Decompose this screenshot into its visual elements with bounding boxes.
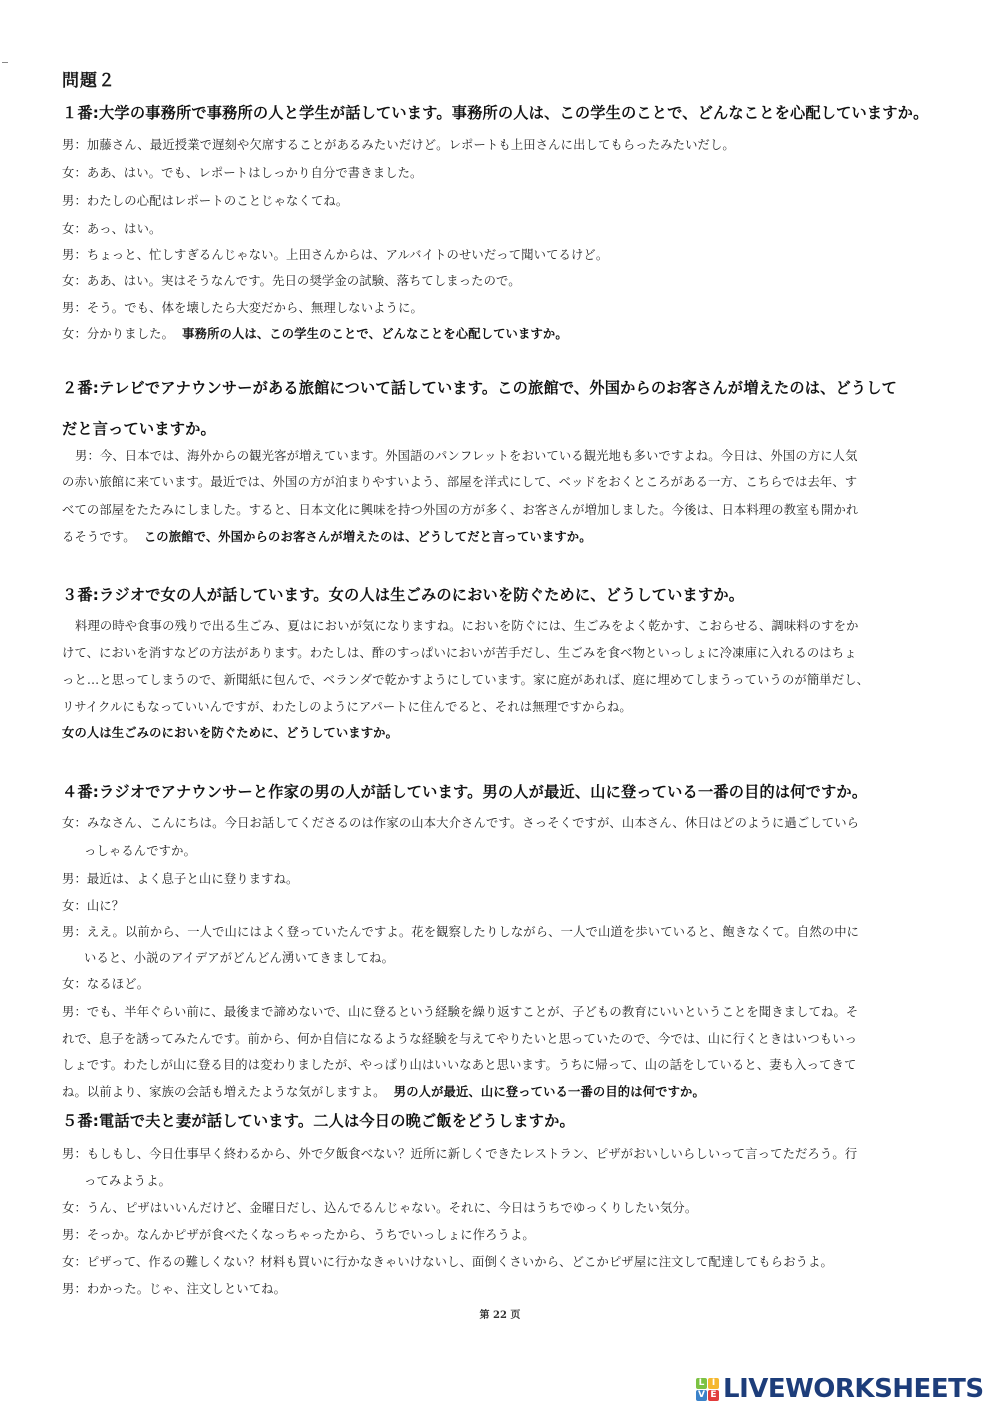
speaker-label: 男：: [62, 1228, 87, 1242]
section-title: 問題２: [62, 66, 116, 91]
dialogue-line: 女：分かりました。 事務所の人は、この学生のことで、どんなことを心配していますか…: [62, 324, 568, 342]
speaker-label: 男：: [62, 872, 87, 886]
line-text: わたしの心配はレポートのことじゃなくてね。: [87, 194, 348, 208]
narration-line: るそうです。 この旅館で、外国からのお客さんが増えたのは、どうしてだと言っていま…: [62, 527, 592, 545]
line-text: ね。以前より、家族の会話も増えたような気がしますよ。: [62, 1085, 386, 1099]
dialogue-line: 女：山に？: [62, 896, 124, 914]
dialogue-line: 女：あっ、はい。: [62, 219, 161, 237]
line-text: ああ、はい。でも、レポートはしっかり自分で書きました。: [87, 166, 423, 180]
dialogue-line: 男：わたしの心配はレポートのことじゃなくてね。: [62, 191, 348, 209]
line-text: そう。でも、体を壊したら大変だから、無理しないように。: [87, 301, 423, 315]
speaker-label: 女：: [62, 816, 87, 830]
narration-line: 男：今、日本では、海外からの観光客が増えています。外国語のパンフレットをおいてい…: [75, 446, 858, 464]
dialogue-line: 男：加藤さん、最近授業で遅刻や欠席することがあるみたいだけど。レポートも上田さん…: [62, 135, 735, 153]
line-text: でも、半年ぐらい前に、最後まで諦めないで、山に登るという経験を繰り返すことが、子…: [87, 1005, 858, 1019]
line-text: ええ。以前から、一人で山にはよく登っていたんですよ。花を観察したりしながら、一人…: [87, 925, 859, 939]
question-5-heading: ５番:電話で夫と妻が話しています。二人は今日の晩ご飯をどうしますか。: [62, 1110, 575, 1131]
dialogue-line: 男：最近は、よく息子と山に登りますね。: [62, 869, 299, 887]
speaker-label: 女：: [62, 1255, 87, 1269]
question-restatement: 女の人は生ごみのにおいを防ぐために、どうしていますか。: [62, 723, 398, 741]
dialogue-line-cont: しょです。わたしが山に登る目的は変わりましたが、やっぱり山はいいなあと思います。…: [62, 1055, 856, 1073]
question-4-heading: ４番:ラジオでアナウンサーと作家の男の人が話しています。男の人が最近、山に登って…: [62, 781, 867, 802]
dialogue-line: 女：みなさん、こんにちは。今日お話してくださるのは作家の山本大介さんです。さっそ…: [62, 813, 859, 831]
speaker-label: 女：: [62, 899, 87, 913]
logo-letter: E: [708, 1390, 719, 1401]
speaker-label: 男：: [62, 925, 87, 939]
narration-line: っと…と思ってしまうので、新聞紙に包んで、ベランダで乾かすようにしています。家に…: [62, 670, 869, 688]
line-text: ちょっと、忙しすぎるんじゃない。上田さんからは、アルバイトのせいだって聞いてるけ…: [87, 248, 608, 262]
speaker-label: 男：: [62, 1005, 87, 1019]
logo-letter: V: [696, 1390, 707, 1401]
dialogue-line: 女：ああ、はい。でも、レポートはしっかり自分で書きました。: [62, 163, 422, 181]
dialogue-line: 男：でも、半年ぐらい前に、最後まで諦めないで、山に登るという経験を繰り返すことが…: [62, 1002, 858, 1020]
speaker-label: 女：: [62, 327, 87, 341]
question-3-heading: ３番:ラジオで女の人が話しています。女の人は生ごみのにおいを防ぐために、どうして…: [62, 584, 744, 605]
line-text: みなさん、こんにちは。今日お話してくださるのは作家の山本大介さんです。さっそくで…: [87, 816, 859, 830]
dialogue-line: 男：そっか。なんかピザが食べたくなっちゃったから、うちでいっしょに作ろうよ。: [62, 1225, 535, 1243]
line-text: ああ、はい。実はそうなんです。先日の奨学金の試験、落ちてしまったので。: [87, 274, 521, 288]
dialogue-line-cont: ね。以前より、家族の会話も増えたような気がしますよ。 男の人が最近、山に登ってい…: [62, 1082, 705, 1100]
line-text: なるほど。: [87, 977, 149, 991]
narration-line: べての部屋をたたみにしました。すると、日本文化に興味を持つ外国の方が多く、お客さ…: [62, 500, 858, 518]
dialogue-line-cont: っしゃるんですか。: [84, 841, 196, 859]
narration-line: の赤い旅館に来ています。最近では、外国の方が泊まりやすいよう、部屋を洋式にして、…: [62, 472, 857, 490]
line-text: 今、日本では、海外からの観光客が増えています。外国語のパンフレットをおいている観…: [100, 449, 858, 463]
line-text: わかった。じゃ、注文しといてね。: [87, 1282, 286, 1296]
dialogue-line: 女：ああ、はい。実はそうなんです。先日の奨学金の試験、落ちてしまったので。: [62, 271, 521, 289]
liveworksheets-logo: L I V E LIVEWORKSHEETS: [696, 1374, 984, 1404]
line-text: ピザって、作るの難しくない？材料も買いに行かなきゃいけないし、面倒くさいから、ど…: [87, 1255, 833, 1269]
logo-text: LIVEWORKSHEETS: [723, 1374, 984, 1404]
line-text: あっ、はい。: [87, 222, 162, 236]
dialogue-line: 女：ピザって、作るの難しくない？材料も買いに行かなきゃいけないし、面倒くさいから…: [62, 1252, 833, 1270]
line-text: そっか。なんかピザが食べたくなっちゃったから、うちでいっしょに作ろうよ。: [87, 1228, 535, 1242]
line-text: 加藤さん、最近授業で遅刻や欠席することがあるみたいだけど。レポートも上田さんに出…: [87, 138, 735, 152]
speaker-label: 女：: [62, 977, 87, 991]
speaker-label: 男：: [62, 248, 87, 262]
line-text: 分かりました。: [87, 327, 174, 341]
dialogue-line: 男：わかった。じゃ、注文しといてね。: [62, 1279, 286, 1297]
dialogue-line: 女：うん、ピザはいいんだけど、金曜日だし、込んでるんじゃない。それに、今日はうち…: [62, 1198, 697, 1216]
dialogue-line-cont: ってみようよ。: [84, 1171, 171, 1189]
speaker-label: 女：: [62, 222, 87, 236]
scan-mark: [2, 62, 8, 63]
dialogue-line: 男：ええ。以前から、一人で山にはよく登っていたんですよ。花を観察したりしながら、…: [62, 922, 859, 940]
dialogue-line-cont: れで、息子を誘ってみたんです。前から、何か自信になるような経験を与えてやりたいと…: [62, 1029, 857, 1047]
speaker-label: 男：: [62, 138, 87, 152]
dialogue-line: 男：ちょっと、忙しすぎるんじゃない。上田さんからは、アルバイトのせいだって聞いて…: [62, 245, 608, 263]
line-text: もしもし、今日仕事早く終わるから、外で夕飯食べない？近所に新しくできたレストラン…: [87, 1147, 857, 1161]
dialogue-line: 男：もしもし、今日仕事早く終わるから、外で夕飯食べない？近所に新しくできたレスト…: [62, 1144, 857, 1162]
line-text: 山に？: [87, 899, 124, 913]
question-restatement: 事務所の人は、この学生のことで、どんなことを心配していますか。: [182, 327, 568, 341]
speaker-label: 男：: [62, 1147, 87, 1161]
speaker-label: 男：: [62, 301, 87, 315]
question-2-heading: ２番:テレビでアナウンサーがある旅館について話しています。この旅館で、外国からの…: [62, 377, 897, 398]
narration-line: リサイクルにもなっていいんですが、わたしのようにアパートに住んでると、それは無理…: [62, 697, 632, 715]
narration-line: 料理の時や食事の残りで出る生ごみ、夏はにおいが気になりますね。においを防ぐには、…: [75, 616, 859, 634]
speaker-label: 女：: [62, 1201, 87, 1215]
page-number: 第 22 页: [0, 1306, 1000, 1321]
question-restatement: 男の人が最近、山に登っている一番の目的は何ですか。: [394, 1085, 705, 1099]
speaker-label: 女：: [62, 274, 87, 288]
worksheet-page: 問題２ １番:大学の事務所で事務所の人と学生が話しています。事務所の人は、この学…: [0, 0, 1000, 1411]
speaker-label: 女：: [62, 166, 87, 180]
narration-line: けて、においを消すなどの方法があります。わたしは、酢のすっぱいにおいが苦手だし、…: [62, 643, 857, 661]
line-text: るそうです。: [62, 530, 136, 544]
question-1-heading: １番:大学の事務所で事務所の人と学生が話しています。事務所の人は、この学生のこと…: [62, 102, 928, 123]
logo-letter: L: [696, 1378, 707, 1389]
dialogue-line: 男：そう。でも、体を壊したら大変だから、無理しないように。: [62, 298, 423, 316]
dialogue-line-cont: いると、小説のアイデアがどんどん湧いてきましてね。: [84, 948, 394, 966]
line-text: 最近は、よく息子と山に登りますね。: [87, 872, 299, 886]
dialogue-line: 女：なるほど。: [62, 974, 149, 992]
question-restatement: この旅館で、外国からのお客さんが増えたのは、どうしてだと言っていますか。: [144, 530, 592, 544]
logo-grid-icon: L I V E: [696, 1378, 719, 1401]
speaker-label: 男：: [62, 1282, 87, 1296]
speaker-label: 男：: [62, 194, 87, 208]
speaker-label: 男：: [75, 449, 100, 463]
line-text: うん、ピザはいいんだけど、金曜日だし、込んでるんじゃない。それに、今日はうちでゆ…: [87, 1201, 697, 1215]
logo-letter: I: [708, 1378, 719, 1389]
question-2-heading-cont: だと言っていますか。: [62, 418, 216, 439]
